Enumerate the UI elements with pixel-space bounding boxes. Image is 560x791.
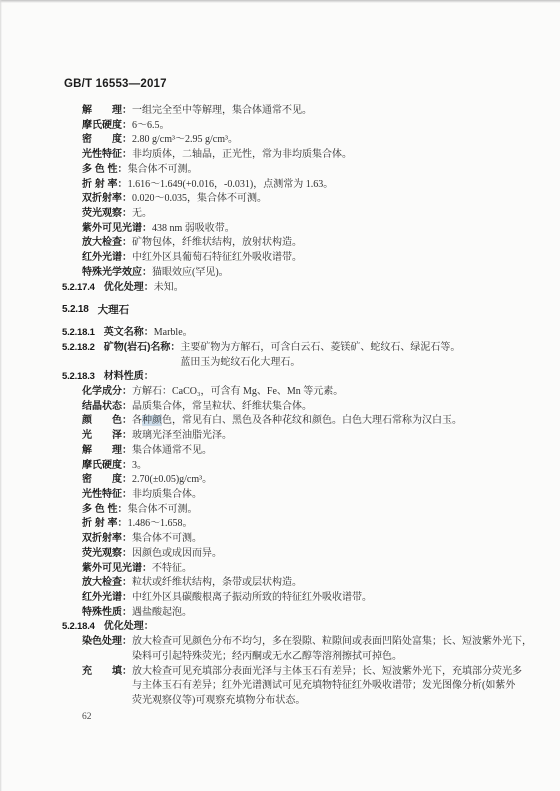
property-label: 解 理： — [82, 104, 132, 119]
clause-label: 材料性质： — [104, 370, 154, 385]
property-row: 双折射率： 集合体不可测。 — [82, 532, 560, 547]
property-label: 摩氏硬度： — [82, 459, 132, 474]
property-value: 6～6.5。 — [132, 119, 554, 134]
property-value: 不特征。 — [152, 562, 554, 577]
property-row: 结晶状态： 晶质集合体，常呈粒状、纤维状集合体。 — [82, 400, 560, 415]
property-value: 集合体不可测。 — [128, 503, 554, 518]
property-value: 方解石：CaCO₃，可含有 Mg、Fe、Mn 等元素。 — [132, 385, 554, 400]
property-row: 光性特征： 非均质集合体。 — [82, 488, 560, 503]
property-value-text: 1.486～1.658。 — [128, 518, 193, 529]
property-value: 1.486～1.658。 — [128, 517, 554, 532]
property-value-text: 色，常见有白、黑色及各种花纹和颜色。白色大理石常称为汉白玉。 — [162, 415, 462, 426]
property-label: 结晶状态： — [82, 400, 132, 415]
page-number: 62 — [82, 712, 560, 722]
marble-treatments-block: 染色处理： 放大检查可见颜色分布不均匀，多在裂隙、粒隙间或表面凹陷处富集；长、短… — [0, 635, 560, 709]
property-row: 双折射率： 0.020～0.035，集合体不可测。 — [82, 192, 560, 207]
property-value-text: 矿物包体，纤维状结构，放射状构造。 — [132, 237, 302, 248]
property-row: 特殊性质： 遇盐酸起泡。 — [82, 606, 560, 621]
property-value-text: 一组完全至中等解理，集合体通常不见。 — [132, 105, 312, 116]
property-label: 密 度： — [82, 133, 132, 148]
treatment-text: 放大检查可见颜色分布不均匀，多在裂隙、粒隙间或表面凹陷处富集；长、短波紫外光下，… — [132, 635, 554, 664]
property-row: 多 色 性： 集合体不可测。 — [82, 503, 560, 518]
prehnite-properties-block: 解 理： 一组完全至中等解理，集合体通常不见。 摩氏硬度： 6～6.5。 密 度… — [0, 104, 560, 281]
property-row: 解 理： 集合体通常不见。 — [82, 444, 560, 459]
property-value-text: 晶质集合体，常呈粒状、纤维状集合体。 — [132, 401, 312, 412]
property-value: 无。 — [132, 207, 554, 222]
clause-number: 5.2.18.2 — [62, 341, 95, 356]
property-label: 光性特征： — [82, 488, 132, 503]
section-heading-marble: 5.2.18 大理石 — [62, 303, 560, 318]
property-row: 密 度： 2.70(±0.05)g/cm³。 — [82, 473, 560, 488]
property-value-text: 集合体不可测。 — [128, 504, 198, 515]
clause-number: 5.2.18.1 — [62, 326, 95, 341]
property-row: 特殊光学效应： 猫眼效应(罕见)。 — [82, 266, 560, 281]
property-value: 中红外区具碳酸根离子振动所致的特征红外吸收谱带。 — [132, 591, 554, 606]
clause-5-2-18-3: 5.2.18.3 材料性质： — [62, 370, 560, 385]
clause-label: 优化处理： — [104, 620, 154, 635]
property-value: 矿物包体，纤维状结构，放射状构造。 — [132, 236, 554, 251]
property-value-text: 非均质体，二轴晶，正光性，常为非均质集合体。 — [132, 149, 352, 160]
property-value-text: 0.020～0.035，集合体不可测。 — [132, 193, 267, 204]
property-row: 紫外可见光谱： 不特征。 — [82, 562, 560, 577]
page-left-edge-shadow — [0, 0, 2, 791]
section-number: 5.2.18 — [62, 303, 89, 318]
treatment-row: 充 填： 放大检查可见充填部分表面光泽与主体玉石有差异；长、短波紫外光下，充填部… — [82, 665, 560, 709]
treatment-label: 充 填： — [82, 665, 132, 680]
property-label: 红外光谱： — [82, 591, 132, 606]
property-value-text: 方解石：CaCO₃，可含有 Mg、Fe、Mn 等元素。 — [132, 386, 343, 397]
property-label: 紫外可见光谱： — [82, 562, 152, 577]
property-label: 多 色 性： — [82, 163, 128, 178]
treatment-label: 染色处理： — [82, 635, 132, 650]
property-label: 特殊性质： — [82, 606, 132, 621]
property-label: 双折射率： — [82, 192, 132, 207]
property-label: 荧光观察： — [82, 547, 132, 562]
property-value-text: 集合体不可测。 — [128, 164, 198, 175]
clause-text: 主要矿物为方解石，可含白云石、菱镁矿、蛇纹石、绿泥石等。 蓝田玉为蛇纹石化大理石… — [180, 341, 554, 370]
property-label: 颜 色： — [82, 414, 132, 429]
property-value: 因颜色或成因而异。 — [132, 547, 554, 562]
property-label: 折 射 率： — [82, 517, 128, 532]
property-value: 集合体不可测。 — [132, 532, 554, 547]
property-value: 1.616～1.649(+0.016，-0.031)，点测常为 1.63。 — [128, 178, 554, 193]
property-value-text: 中红外区具葡萄石特征红外吸收谱带。 — [132, 252, 302, 263]
treatment-row: 染色处理： 放大检查可见颜色分布不均匀，多在裂隙、粒隙间或表面凹陷处富集；长、短… — [82, 635, 560, 664]
property-value-text: 各 — [132, 415, 142, 426]
clause-number: 5.2.17.4 — [62, 281, 95, 296]
property-value-text: 集合体不可测。 — [132, 533, 202, 544]
property-row: 光 泽： 玻璃光泽至油脂光泽。 — [82, 429, 560, 444]
property-value-text: 粒状或纤维状结构，条带或层状构造。 — [132, 577, 302, 588]
clause-text: Marble。 — [154, 326, 554, 341]
property-value: 2.80 g/cm³～2.95 g/cm³。 — [132, 133, 554, 148]
property-label: 多 色 性： — [82, 503, 128, 518]
clause-5-2-18-1: 5.2.18.1 英文名称： Marble。 — [62, 326, 560, 341]
property-label: 光性特征： — [82, 148, 132, 163]
property-row: 光性特征： 非均质体，二轴晶，正光性，常为非均质集合体。 — [82, 148, 560, 163]
clause-number: 5.2.18.3 — [62, 370, 95, 385]
property-value: 猫眼效应(罕见)。 — [152, 266, 554, 281]
property-value: 集合体通常不见。 — [132, 444, 554, 459]
property-value-text: 不特征。 — [152, 563, 192, 574]
property-value-text: 猫眼效应(罕见)。 — [152, 267, 229, 278]
property-value: 集合体不可测。 — [128, 163, 554, 178]
property-row: 摩氏硬度： 3。 — [82, 459, 560, 474]
marble-properties-block: 化学成分： 方解石：CaCO₃，可含有 Mg、Fe、Mn 等元素。 结晶状态： … — [0, 385, 560, 621]
property-row: 放大检查： 粒状或纤维状结构，条带或层状构造。 — [82, 576, 560, 591]
property-label: 摩氏硬度： — [82, 119, 132, 134]
property-value-text: 非均质集合体。 — [132, 489, 202, 500]
property-label: 光 泽： — [82, 429, 132, 444]
property-row: 折 射 率： 1.486～1.658。 — [82, 517, 560, 532]
property-value-text: 无。 — [132, 208, 152, 219]
property-label: 放大检查： — [82, 236, 132, 251]
property-value-text: 3。 — [132, 460, 147, 471]
property-label: 荧光观察： — [82, 207, 132, 222]
clause-5-2-17-4: 5.2.17.4 优化处理： 未知。 — [62, 281, 560, 296]
property-label: 紫外可见光谱： — [82, 222, 152, 237]
property-row: 颜 色： 各种颜色，常见有白、黑色及各种花纹和颜色。白色大理石常称为汉白玉。 — [82, 414, 560, 429]
clause-5-2-18-2: 5.2.18.2 矿物(岩石)名称： 主要矿物为方解石，可含白云石、菱镁矿、蛇纹… — [62, 341, 560, 370]
property-label: 解 理： — [82, 444, 132, 459]
property-label: 化学成分： — [82, 385, 132, 400]
property-value-text: 438 nm 弱吸收带。 — [152, 223, 235, 234]
treatment-text-content: 放大检查可见充填部分表面光泽与主体玉石有差异；长、短波紫外光下，充填部分荧光多 … — [132, 666, 522, 706]
property-value: 438 nm 弱吸收带。 — [152, 222, 554, 237]
property-value: 各种颜色，常见有白、黑色及各种花纹和颜色。白色大理石常称为汉白玉。 — [132, 414, 554, 429]
property-value: 非均质集合体。 — [132, 488, 554, 503]
property-value: 玻璃光泽至油脂光泽。 — [132, 429, 554, 444]
property-row: 折 射 率： 1.616～1.649(+0.016，-0.031)，点测常为 1… — [82, 178, 560, 193]
property-value: 0.020～0.035，集合体不可测。 — [132, 192, 554, 207]
property-value: 粒状或纤维状结构，条带或层状构造。 — [132, 576, 554, 591]
property-value: 晶质集合体，常呈粒状、纤维状集合体。 — [132, 400, 554, 415]
clause-number: 5.2.18.4 — [62, 620, 95, 635]
clause-label: 矿物(岩石)名称： — [104, 341, 181, 356]
property-row: 紫外可见光谱： 438 nm 弱吸收带。 — [82, 222, 560, 237]
property-row: 荧光观察： 因颜色或成因而异。 — [82, 547, 560, 562]
property-value: 一组完全至中等解理，集合体通常不见。 — [132, 104, 554, 119]
property-row: 荧光观察： 无。 — [82, 207, 560, 222]
clause-5-2-18-4: 5.2.18.4 优化处理： — [62, 620, 560, 635]
page-top-edge-shadow — [0, 0, 560, 3]
treatment-text-content: 放大检查可见颜色分布不均匀，多在裂隙、粒隙间或表面凹陷处富集；长、短波紫外光下，… — [132, 636, 532, 662]
property-row: 红外光谱： 中红外区具葡萄石特征红外吸收谱带。 — [82, 251, 560, 266]
property-row: 化学成分： 方解石：CaCO₃，可含有 Mg、Fe、Mn 等元素。 — [82, 385, 560, 400]
document-page: GB/T 16553—2017 解 理： 一组完全至中等解理，集合体通常不见。 … — [0, 0, 560, 791]
property-value: 2.70(±0.05)g/cm³。 — [132, 473, 554, 488]
property-row: 红外光谱： 中红外区具碳酸根离子振动所致的特征红外吸收谱带。 — [82, 591, 560, 606]
property-value-text: 集合体通常不见。 — [132, 445, 212, 456]
property-label: 放大检查： — [82, 576, 132, 591]
property-value-text: 中红外区具碳酸根离子振动所致的特征红外吸收谱带。 — [132, 592, 372, 603]
property-value: 中红外区具葡萄石特征红外吸收谱带。 — [132, 251, 554, 266]
property-value-text: 玻璃光泽至油脂光泽。 — [132, 430, 232, 441]
property-label: 红外光谱： — [82, 251, 132, 266]
property-value-text: 2.70(±0.05)g/cm³。 — [132, 474, 212, 485]
property-value-text: 1.616～1.649(+0.016，-0.031)，点测常为 1.63。 — [128, 179, 334, 190]
property-row: 密 度： 2.80 g/cm³～2.95 g/cm³。 — [82, 133, 560, 148]
property-value-text: 因颜色或成因而异。 — [132, 548, 222, 559]
clause-text: 未知。 — [154, 281, 554, 296]
property-value-text: 6～6.5。 — [132, 120, 170, 131]
property-row: 多 色 性： 集合体不可测。 — [82, 163, 560, 178]
property-value-text: 2.80 g/cm³～2.95 g/cm³。 — [132, 134, 238, 145]
property-label: 双折射率： — [82, 532, 132, 547]
property-value-text: 遇盐酸起泡。 — [132, 607, 192, 618]
clause-label: 英文名称： — [104, 326, 154, 341]
treatment-text: 放大检查可见充填部分表面光泽与主体玉石有差异；长、短波紫外光下，充填部分荧光多 … — [132, 665, 554, 709]
property-label: 密 度： — [82, 473, 132, 488]
property-value: 非均质体，二轴晶，正光性，常为非均质集合体。 — [132, 148, 554, 163]
property-label: 特殊光学效应： — [82, 266, 152, 281]
property-value: 遇盐酸起泡。 — [132, 606, 554, 621]
property-value: 3。 — [132, 459, 554, 474]
property-row: 解 理： 一组完全至中等解理，集合体通常不见。 — [82, 104, 560, 119]
section-title: 大理石 — [98, 303, 130, 318]
standard-number-header: GB/T 16553—2017 — [64, 78, 560, 91]
property-label: 折 射 率： — [82, 178, 128, 193]
property-row: 放大检查： 矿物包体，纤维状结构，放射状构造。 — [82, 236, 560, 251]
selection-highlight: 种颜 — [142, 415, 162, 426]
property-row: 摩氏硬度： 6～6.5。 — [82, 119, 560, 134]
clause-label: 优化处理： — [104, 281, 154, 296]
